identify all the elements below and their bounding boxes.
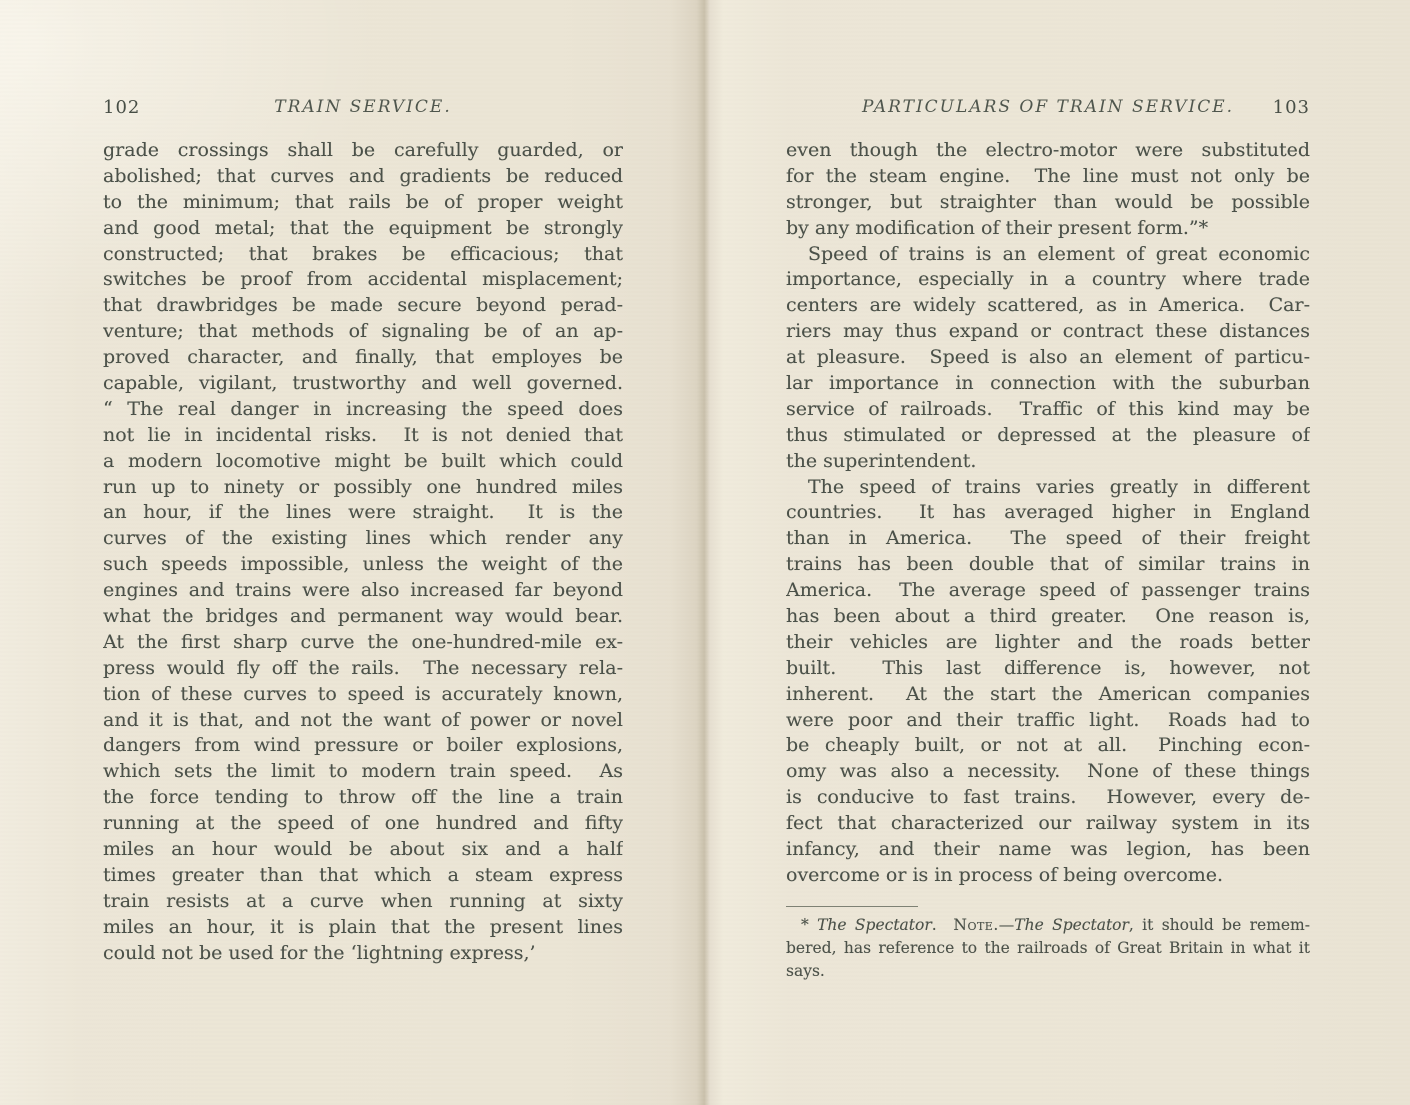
text-line: an hour, if the lines were straight. It … bbox=[103, 500, 623, 526]
text-line: their vehicles are lighter and the roads… bbox=[786, 630, 1310, 656]
right-page-number: 103 bbox=[1273, 97, 1310, 118]
text-line: infancy, and their name was legion, has … bbox=[786, 837, 1310, 863]
text-line: omy was also a necessity. None of these … bbox=[786, 759, 1310, 785]
text-line: bered, has reference to the railroads of… bbox=[786, 937, 1310, 960]
text-line: run up to ninety or possibly one hundred… bbox=[103, 475, 623, 501]
text-line: not lie in incidental risks. It is not d… bbox=[103, 423, 623, 449]
left-page-header: 102 TRAIN SERVICE. bbox=[103, 97, 623, 119]
text-line: such speeds impossible, unless the weigh… bbox=[103, 552, 623, 578]
right-page-header: PARTICULARS OF TRAIN SERVICE. 103 bbox=[786, 97, 1310, 119]
right-page: PARTICULARS OF TRAIN SERVICE. 103 even t… bbox=[705, 0, 1410, 1105]
text-line: the force tending to throw off the line … bbox=[103, 785, 623, 811]
text-line: abolished; that curves and gradients be … bbox=[103, 164, 623, 190]
text-line: be cheaply built, or not at all. Pinchin… bbox=[786, 733, 1310, 759]
text-line: could not be used for the ‘lightning exp… bbox=[103, 941, 623, 967]
text-line: running at the speed of one hundred and … bbox=[103, 811, 623, 837]
text-line: miles an hour would be about six and a h… bbox=[103, 837, 623, 863]
text-line: thus stimulated or depressed at the plea… bbox=[786, 423, 1310, 449]
text-line: engines and trains were also increased f… bbox=[103, 578, 623, 604]
text-line: by any modification of their present for… bbox=[786, 216, 1310, 242]
text-line: centers are widely scattered, as in Amer… bbox=[786, 293, 1310, 319]
footnote: * The Spectator. Note.—The Spectator, it… bbox=[786, 914, 1310, 983]
text-line: that drawbridges be made secure beyond p… bbox=[103, 293, 623, 319]
text-line: a modern locomotive might be built which… bbox=[103, 449, 623, 475]
text-line: press would fly off the rails. The neces… bbox=[103, 656, 623, 682]
text-line: to the minimum; that rails be of proper … bbox=[103, 190, 623, 216]
text-line: were poor and their traffic light. Roads… bbox=[786, 708, 1310, 734]
text-line: at pleasure. Speed is also an element of… bbox=[786, 345, 1310, 371]
text-line: “ The real danger in increasing the spee… bbox=[103, 397, 623, 423]
left-running-head: TRAIN SERVICE. bbox=[103, 97, 623, 117]
text-line: miles an hour, it is plain that the pres… bbox=[103, 915, 623, 941]
text-line: capable, vigilant, trustworthy and well … bbox=[103, 371, 623, 397]
text-line: says. bbox=[786, 960, 1310, 983]
text-line: the superintendent. bbox=[786, 449, 1310, 475]
text-line: overcome or is in process of being overc… bbox=[786, 863, 1310, 889]
text-line: even though the electro-motor were subst… bbox=[786, 138, 1310, 164]
text-line: than in America. The speed of their frei… bbox=[786, 526, 1310, 552]
text-line: * The Spectator. Note.—The Spectator, it… bbox=[786, 914, 1310, 937]
text-line: At the first sharp curve the one-hundred… bbox=[103, 630, 623, 656]
text-line: curves of the existing lines which rende… bbox=[103, 526, 623, 552]
footnote-rule bbox=[786, 906, 918, 907]
text-line: importance, especially in a country wher… bbox=[786, 267, 1310, 293]
text-line: for the steam engine. The line must not … bbox=[786, 164, 1310, 190]
text-line: which sets the limit to modern train spe… bbox=[103, 759, 623, 785]
text-line: trains has been double that of similar t… bbox=[786, 552, 1310, 578]
text-line: service of railroads. Traffic of this ki… bbox=[786, 397, 1310, 423]
book-spread: { "book": { "colors": { "paper": "#ebe5d… bbox=[0, 0, 1410, 1105]
text-line: times greater than that which a steam ex… bbox=[103, 863, 623, 889]
text-line: proved character, and finally, that empl… bbox=[103, 345, 623, 371]
right-page-body-text: even though the electro-motor were subst… bbox=[786, 138, 1310, 889]
text-line: grade crossings shall be carefully guard… bbox=[103, 138, 623, 164]
left-page-body-text: grade crossings shall be carefully guard… bbox=[103, 138, 623, 967]
text-line: is conducive to fast trains. However, ev… bbox=[786, 785, 1310, 811]
text-line: lar importance in connection with the su… bbox=[786, 371, 1310, 397]
text-line: America. The average speed of passenger … bbox=[786, 578, 1310, 604]
text-line: venture; that methods of signaling be of… bbox=[103, 319, 623, 345]
text-line: Speed of trains is an element of great e… bbox=[786, 242, 1310, 268]
text-line: what the bridges and permanent way would… bbox=[103, 604, 623, 630]
text-line: fect that characterized our railway syst… bbox=[786, 811, 1310, 837]
right-running-head: PARTICULARS OF TRAIN SERVICE. bbox=[786, 97, 1310, 117]
text-line: riers may thus expand or contract these … bbox=[786, 319, 1310, 345]
text-line: train resists at a curve when running at… bbox=[103, 889, 623, 915]
text-line: countries. It has averaged higher in Eng… bbox=[786, 500, 1310, 526]
text-line: The speed of trains varies greatly in di… bbox=[786, 475, 1310, 501]
text-line: constructed; that brakes be efficacious;… bbox=[103, 242, 623, 268]
text-line: has been about a third greater. One reas… bbox=[786, 604, 1310, 630]
left-page: 102 TRAIN SERVICE. grade crossings shall… bbox=[0, 0, 705, 1105]
text-line: inherent. At the start the American comp… bbox=[786, 682, 1310, 708]
text-line: switches be proof from accidental mispla… bbox=[103, 267, 623, 293]
text-line: and good metal; that the equipment be st… bbox=[103, 216, 623, 242]
text-line: stronger, but straighter than would be p… bbox=[786, 190, 1310, 216]
text-line: and it is that, and not the want of powe… bbox=[103, 708, 623, 734]
text-line: dangers from wind pressure or boiler exp… bbox=[103, 733, 623, 759]
text-line: tion of these curves to speed is accurat… bbox=[103, 682, 623, 708]
text-line: built. This last difference is, however,… bbox=[786, 656, 1310, 682]
